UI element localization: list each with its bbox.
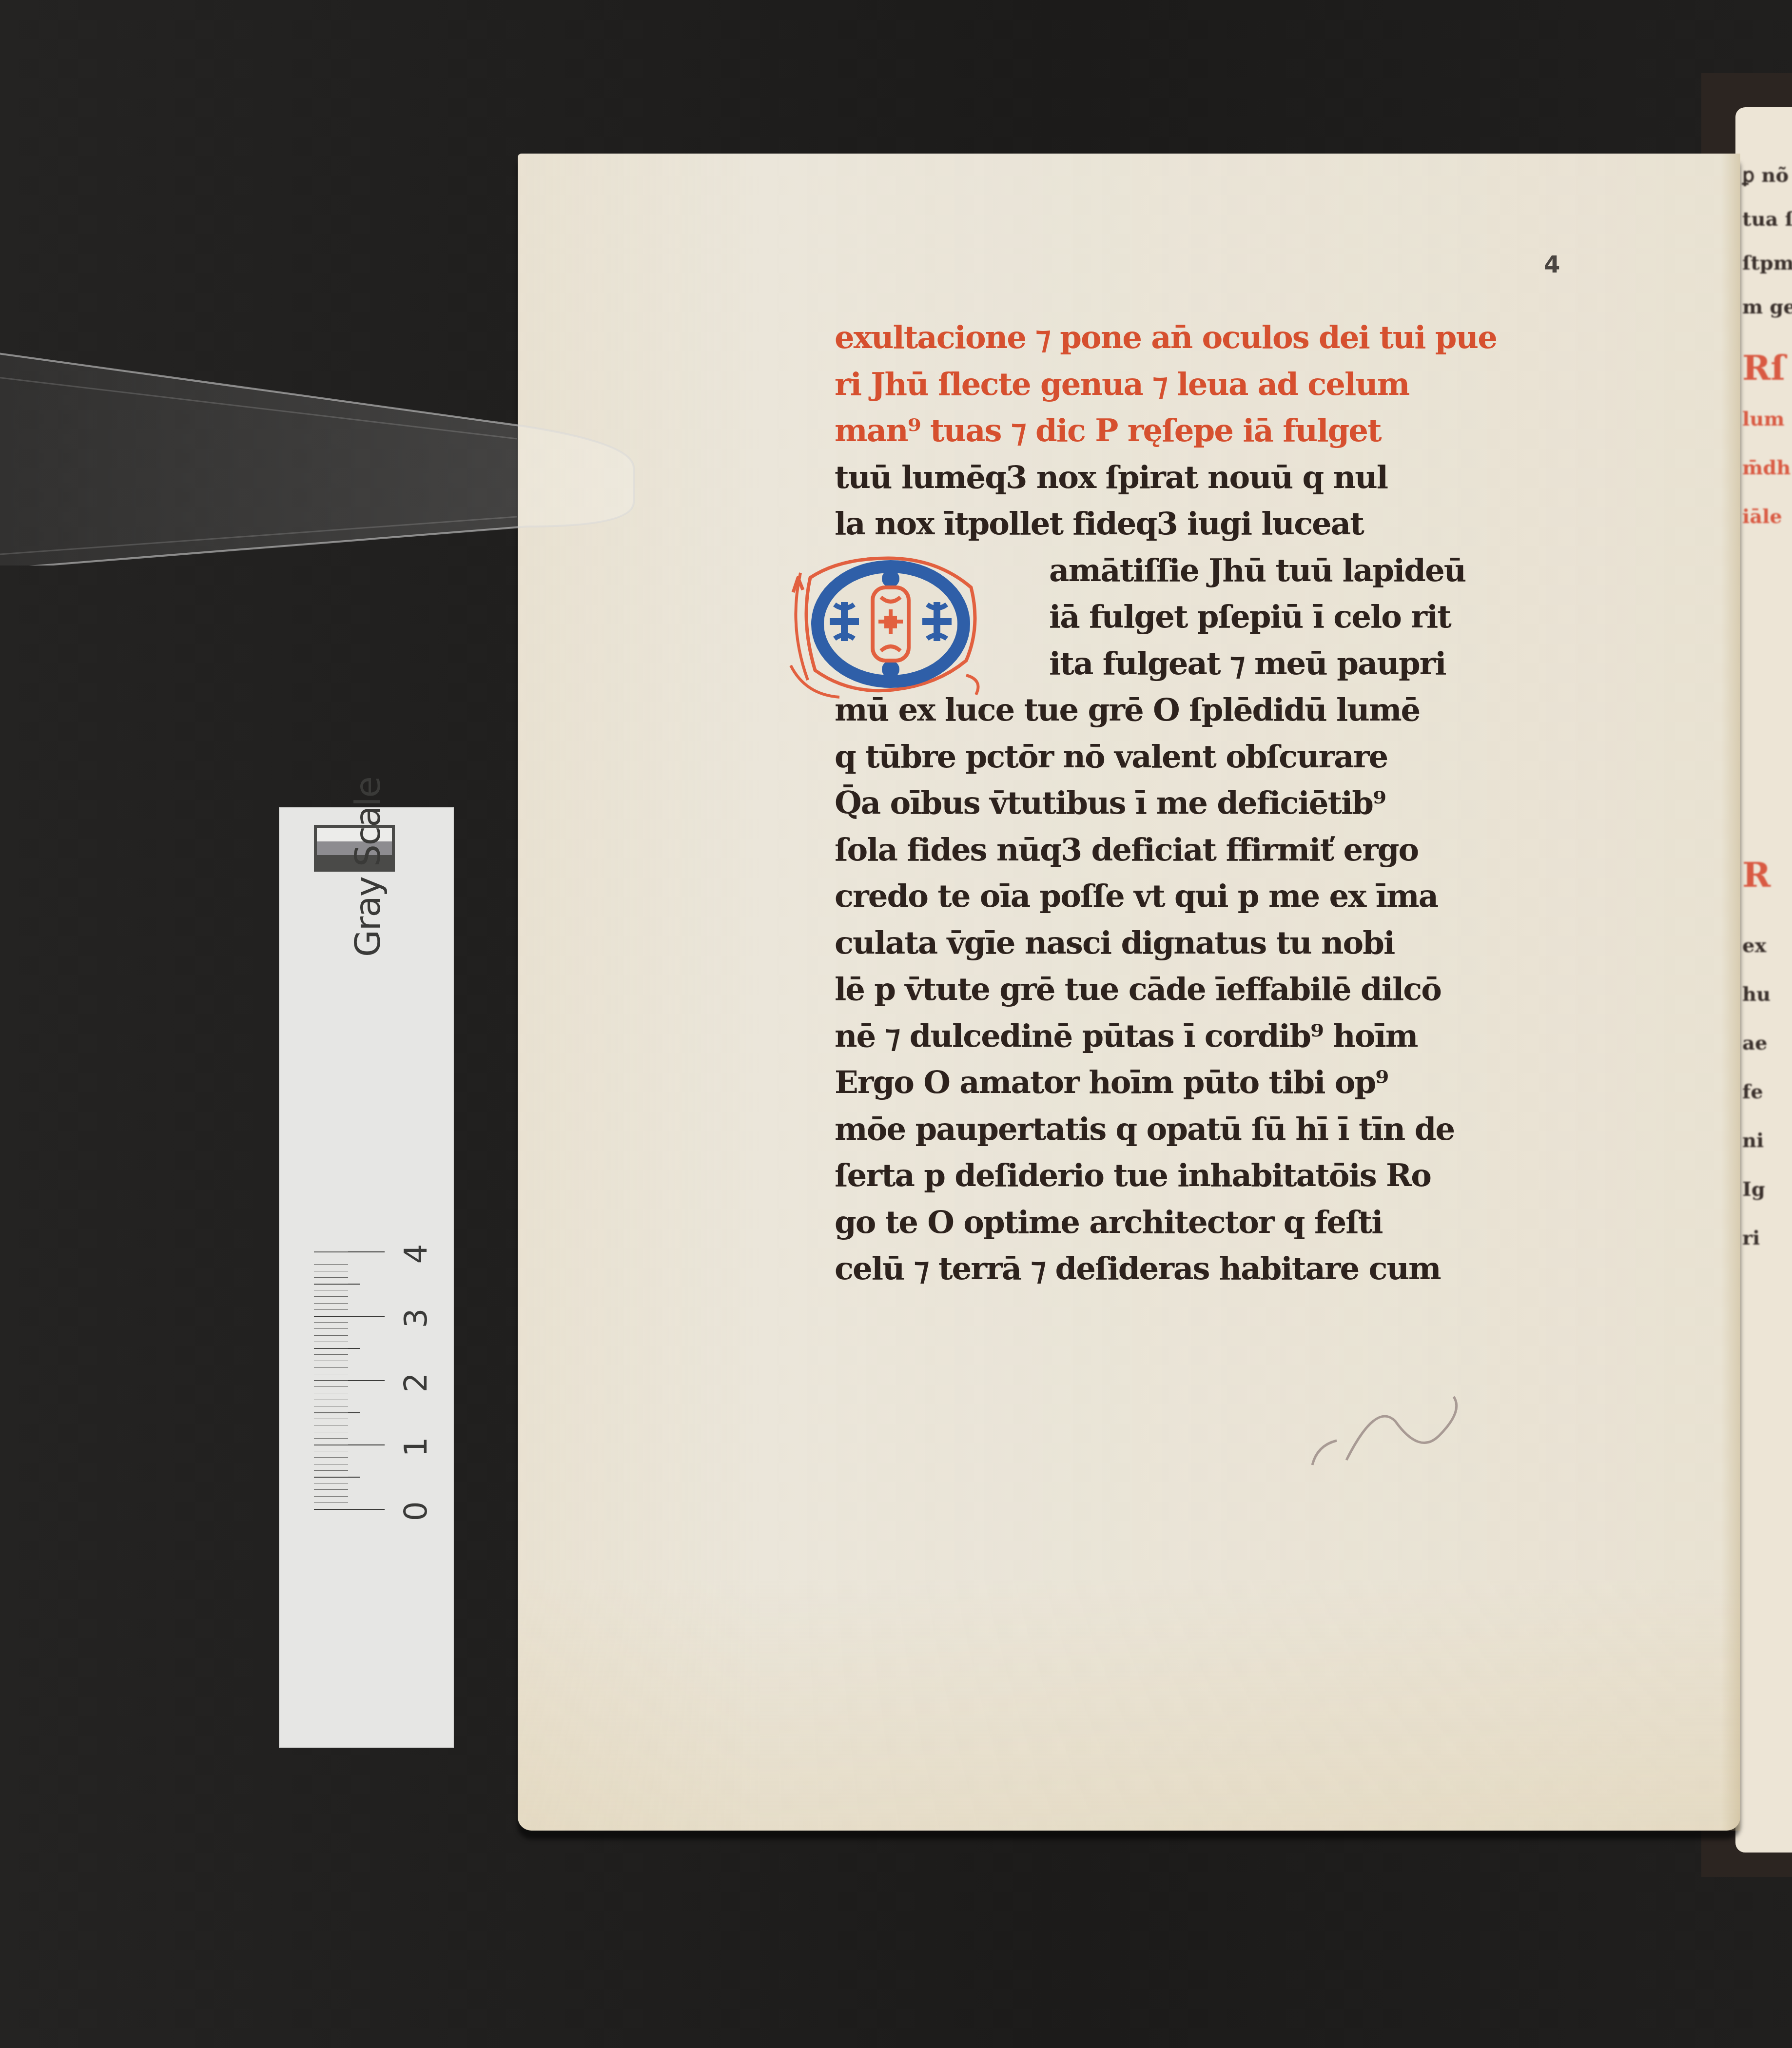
text-block: exultacione ⁊ pone an̄ oculos dei tui pu… bbox=[835, 314, 1663, 1292]
text-line-rubric: exultacione ⁊ pone an̄ oculos dei tui pu… bbox=[835, 314, 1663, 361]
text-line: tuū lumēq3 nox ſpirat nouū q nul bbox=[835, 454, 1663, 501]
adjacent-text-fragment: ꝑ nõ ⁊ ſe bbox=[1742, 166, 1792, 185]
text-line: go te O optime architector q feſti bbox=[835, 1199, 1663, 1246]
text-line: ſola fides nūq3 deficiat ffirmiť ergo bbox=[835, 827, 1663, 874]
adjacent-text-fragment: lum bbox=[1742, 410, 1785, 429]
adjacent-text-fragment: m ge bbox=[1742, 297, 1792, 317]
text-line: ſerta p deſiderio tue inhabitatōis Ro bbox=[835, 1152, 1663, 1199]
text-line: nē ⁊ dulcedinē pūtas ī cordib⁹ hoīm bbox=[835, 1013, 1663, 1060]
folio-number: 4 bbox=[1544, 251, 1560, 278]
glass-page-weight-icon bbox=[0, 341, 643, 566]
manuscript-leaf: 4 exultacione ⁊ pone an̄ oculos dei tui … bbox=[518, 154, 1740, 1831]
text-line: q tūbre pctōr nō valent obſcurare bbox=[835, 734, 1663, 780]
adjacent-text-fragment: iāle bbox=[1742, 507, 1782, 527]
adjacent-page-edge: ꝑ nõ ⁊ ſe tua ſ ſtpm m ge Rſ lum m̄dh iā… bbox=[1735, 107, 1792, 1853]
text-line: culata v̄gīe nasci dignatus tu nobi bbox=[835, 920, 1663, 967]
text-line: la nox ītpollet fideq3 iugi luceat bbox=[835, 501, 1663, 547]
adjacent-text-fragment: ſtpm bbox=[1742, 254, 1792, 273]
pencil-mark-icon bbox=[1307, 1392, 1473, 1470]
ruler-number: 2 bbox=[398, 1368, 434, 1397]
text-line-rubric: man⁹ tuas ⁊ dic P ręſepe iā fulget bbox=[835, 408, 1663, 454]
text-line: amātiſſie Jhū tuū lapideū bbox=[835, 547, 1663, 594]
gutter-shadow bbox=[1721, 154, 1740, 1831]
ruler-number: 1 bbox=[398, 1432, 434, 1462]
ruler-number: 3 bbox=[398, 1304, 434, 1333]
text-line: lē p v̄tute grē tue cāde īeffabilē dilcō bbox=[835, 966, 1663, 1013]
gray-scale-card: Gray Scale 0 1 2 3 4 bbox=[279, 807, 454, 1748]
text-line: mōe paupertatis q opatū ſū hī ī tīn de bbox=[835, 1106, 1663, 1153]
text-line: celū ⁊ terrā ⁊ deſideras habitare cum bbox=[835, 1246, 1663, 1292]
adjacent-text-fragment: m̄dh bbox=[1742, 458, 1791, 478]
adjacent-text-fragment: tua ſ bbox=[1742, 210, 1792, 229]
ruler-number: 0 bbox=[398, 1497, 434, 1526]
text-line: Q̄a oībus v̄tutibus ī me deficiētib⁹ bbox=[835, 780, 1663, 827]
text-line: iā fulget pſepiū ī celo rit bbox=[835, 594, 1663, 641]
text-line: ita fulgeat ⁊ meū paupri bbox=[835, 641, 1663, 687]
text-line: Ergo O amator hoīm pūto tibi op⁹ bbox=[835, 1059, 1663, 1106]
adjacent-text-fragment: Rſ bbox=[1742, 351, 1785, 385]
ruler-number: 4 bbox=[398, 1239, 434, 1268]
text-line: credo te oīa poſſe vt qui p me ex īma bbox=[835, 873, 1663, 920]
text-line: mū ex luce tue grē O ſplēdidū lumē bbox=[835, 687, 1663, 734]
text-line-rubric: ri Jhū ſlecte genua ⁊ leua ad celum bbox=[835, 361, 1663, 408]
gray-scale-label: Gray Scale bbox=[347, 777, 388, 957]
